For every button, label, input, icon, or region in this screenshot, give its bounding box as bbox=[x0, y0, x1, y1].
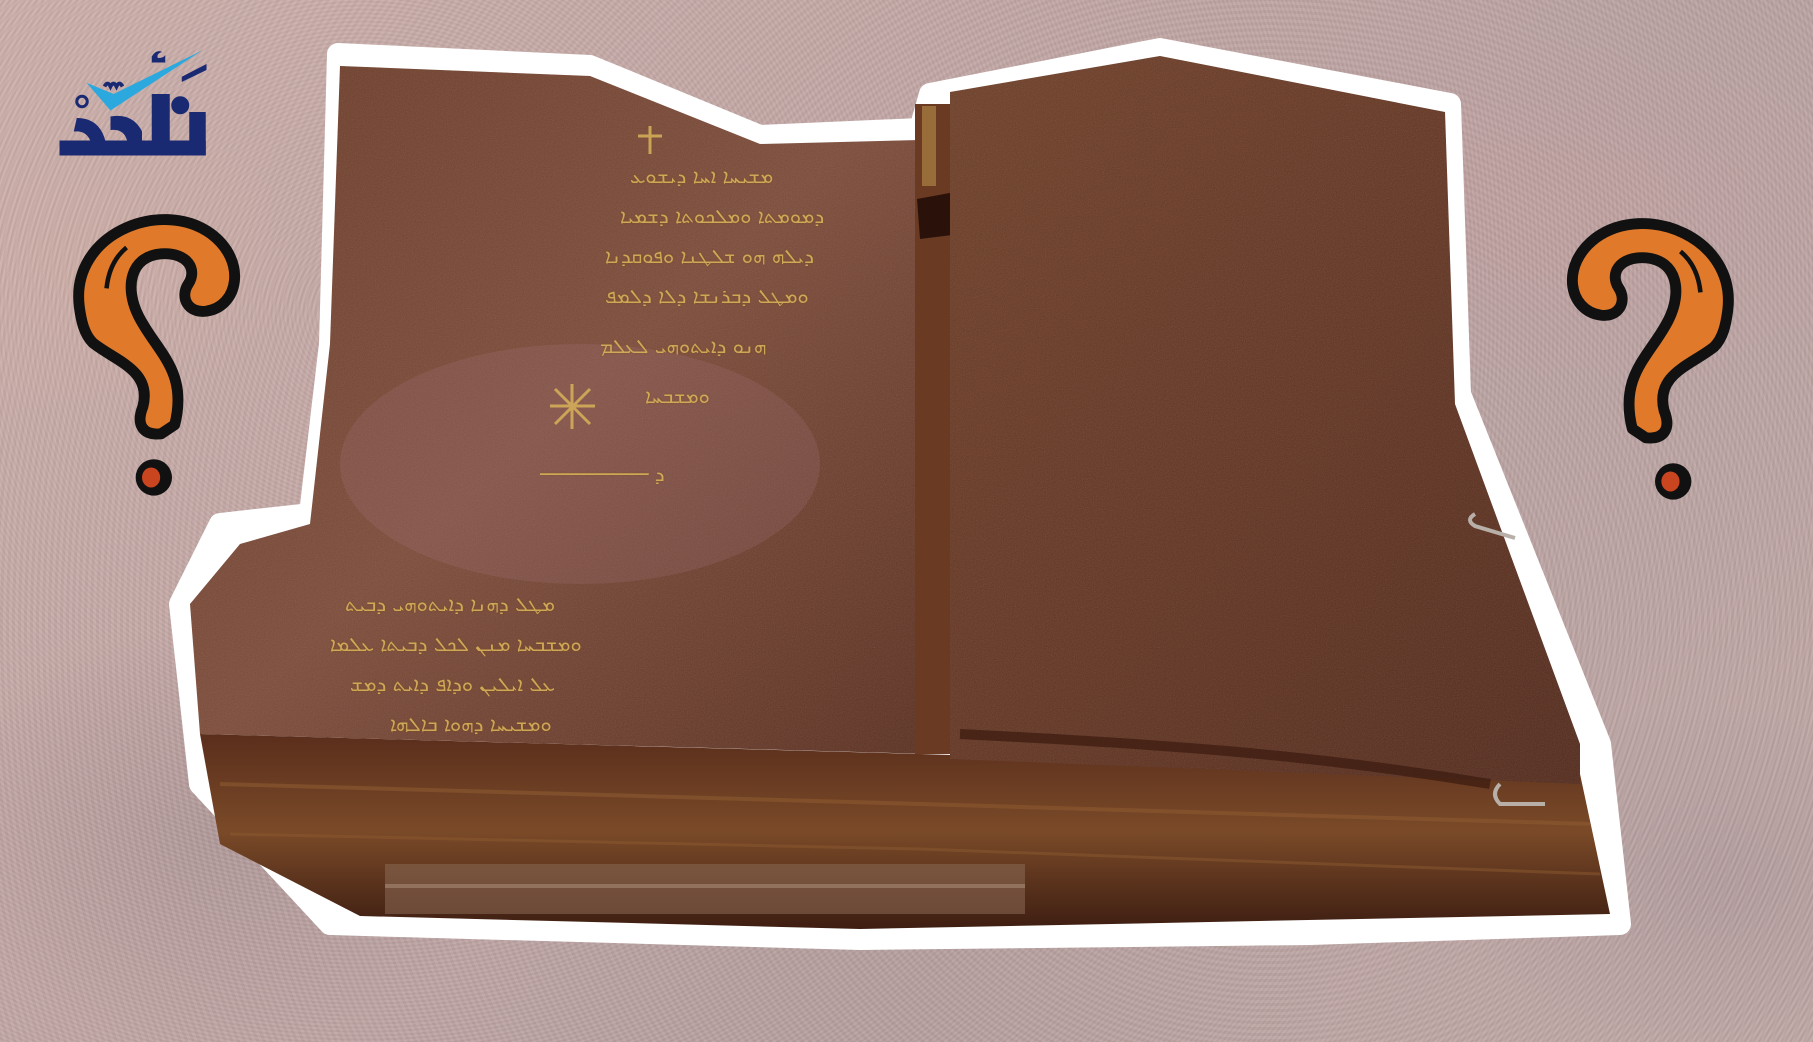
manuscript-script: ܘܡܛܠ ܕܒܪܢܫܐ ܕܠܐ ܕܠܡܦ bbox=[605, 284, 809, 308]
manuscript-script: ܥܠ ܐܝܠܝܢ ܘܕܐܦ ܕܐܝܬ ܕܡܫ bbox=[350, 672, 555, 696]
manuscript-graphic bbox=[160, 44, 1670, 944]
manuscript-script: ܗܢܘ ܕܐܝܬܘܗܝ ܠܥܠܡ bbox=[600, 334, 766, 358]
manuscript-photo: ܡܫܝܚܐ ܐܚܐ ܕܝܫܘܥ ܕܡܘܡܬܐ ܘܡܠܟܘܬܐ ܕܫܡܝܐ ܕܝܠ… bbox=[160, 44, 1670, 944]
manuscript-script: ܡܫܝܚܐ ܐܚܐ ܕܝܫܘܥ bbox=[630, 164, 773, 188]
manuscript-script: ܘܡܫܒܚܐ bbox=[645, 384, 710, 408]
manuscript-script: ܘܡܫܝܚܐ ܕܗܘܐ ܒܐܠܗܐ bbox=[390, 712, 552, 736]
manuscript-script: ܕܡܘܡܬܐ ܘܡܠܟܘܬܐ ܕܫܡܝܐ bbox=[620, 204, 824, 228]
manuscript-script: ܕܝܠܗ ܗܘ ܫܠܛܢܐ ܘܦܘܩܕܢܐ bbox=[605, 244, 814, 268]
manuscript-script: ܘܡܫܒܚܐ ܡܢܢ ܠܟܠ ܕܒܝܬܐ ܥܠܡܐ bbox=[330, 632, 582, 656]
manuscript-script: ܡܛܠ ܕܗܢܐ ܕܐܝܬܘܗܝ ܕܒܝܬ bbox=[345, 592, 555, 616]
manuscript-script: ܕ ───────── bbox=[540, 462, 665, 486]
